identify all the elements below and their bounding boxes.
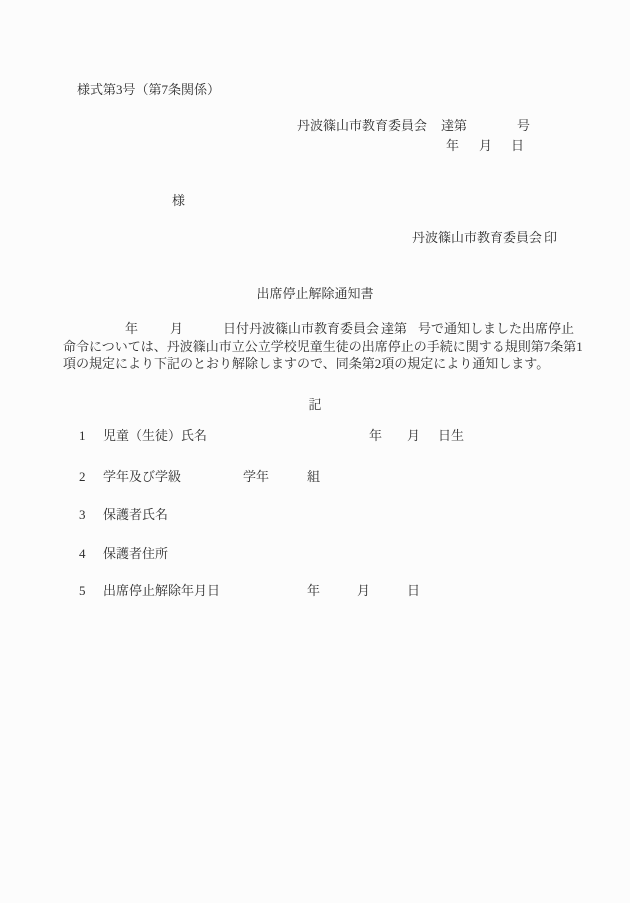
item-5-month-label: 月 <box>357 584 370 598</box>
issuer-organization: 丹波篠山市教育委員会 <box>297 119 427 133</box>
addressee-honorific: 様 <box>172 194 185 208</box>
item-3-label: 保護者氏名 <box>103 508 168 522</box>
record-marker: 記 <box>0 398 630 412</box>
item-2-number: 2 <box>79 470 86 484</box>
body-line1-text-a: 日付丹波篠山市教育委員会 <box>223 322 379 336</box>
item-5-label: 出席停止解除年月日 <box>103 584 220 598</box>
seal-organization: 丹波篠山市教育委員会 <box>412 231 542 245</box>
body-line3: 項の規定により下記のとおり解除しますので、同条第2項の規定により通知します。 <box>63 357 549 371</box>
item-2-label: 学年及び学級 <box>103 470 181 484</box>
seal-mark: 印 <box>544 231 557 245</box>
document-page: 様式第3号（第7条関係） 丹波篠山市教育委員会 達第 号 年 月 日 様 丹波篠… <box>0 0 630 903</box>
date-month-label: 月 <box>479 139 492 153</box>
body-line1-text-b: 号で通知しました出席停止 <box>418 322 574 336</box>
item-1-year-label: 年 <box>369 429 382 443</box>
item-5-year-label: 年 <box>307 584 320 598</box>
date-year-label: 年 <box>446 139 459 153</box>
item-1-number: 1 <box>79 429 86 443</box>
body-line2: 命令については、丹波篠山市立公立学校児童生徒の出席停止の手続に関する規則第7条第… <box>63 340 583 354</box>
form-number: 様式第3号（第7条関係） <box>77 83 220 97</box>
item-1-label: 児童（生徒）氏名 <box>103 429 207 443</box>
document-title: 出席停止解除通知書 <box>0 287 630 301</box>
item-1-birthday-label: 日生 <box>438 429 464 443</box>
item-5-number: 5 <box>79 584 86 598</box>
date-day-label: 日 <box>511 139 524 153</box>
body-directive-label: 達第 <box>381 322 407 336</box>
item-4-label: 保護者住所 <box>103 547 168 561</box>
body-year-label: 年 <box>125 322 138 336</box>
directive-number-label: 達第 <box>441 119 467 133</box>
directive-number-suffix: 号 <box>517 119 530 133</box>
item-4-number: 4 <box>79 547 86 561</box>
item-1-month-label: 月 <box>407 429 420 443</box>
item-2-class-label: 組 <box>307 470 320 484</box>
item-2-grade-label: 学年 <box>243 470 269 484</box>
item-5-day-label: 日 <box>407 584 420 598</box>
body-month-label: 月 <box>170 322 183 336</box>
item-3-number: 3 <box>79 508 86 522</box>
